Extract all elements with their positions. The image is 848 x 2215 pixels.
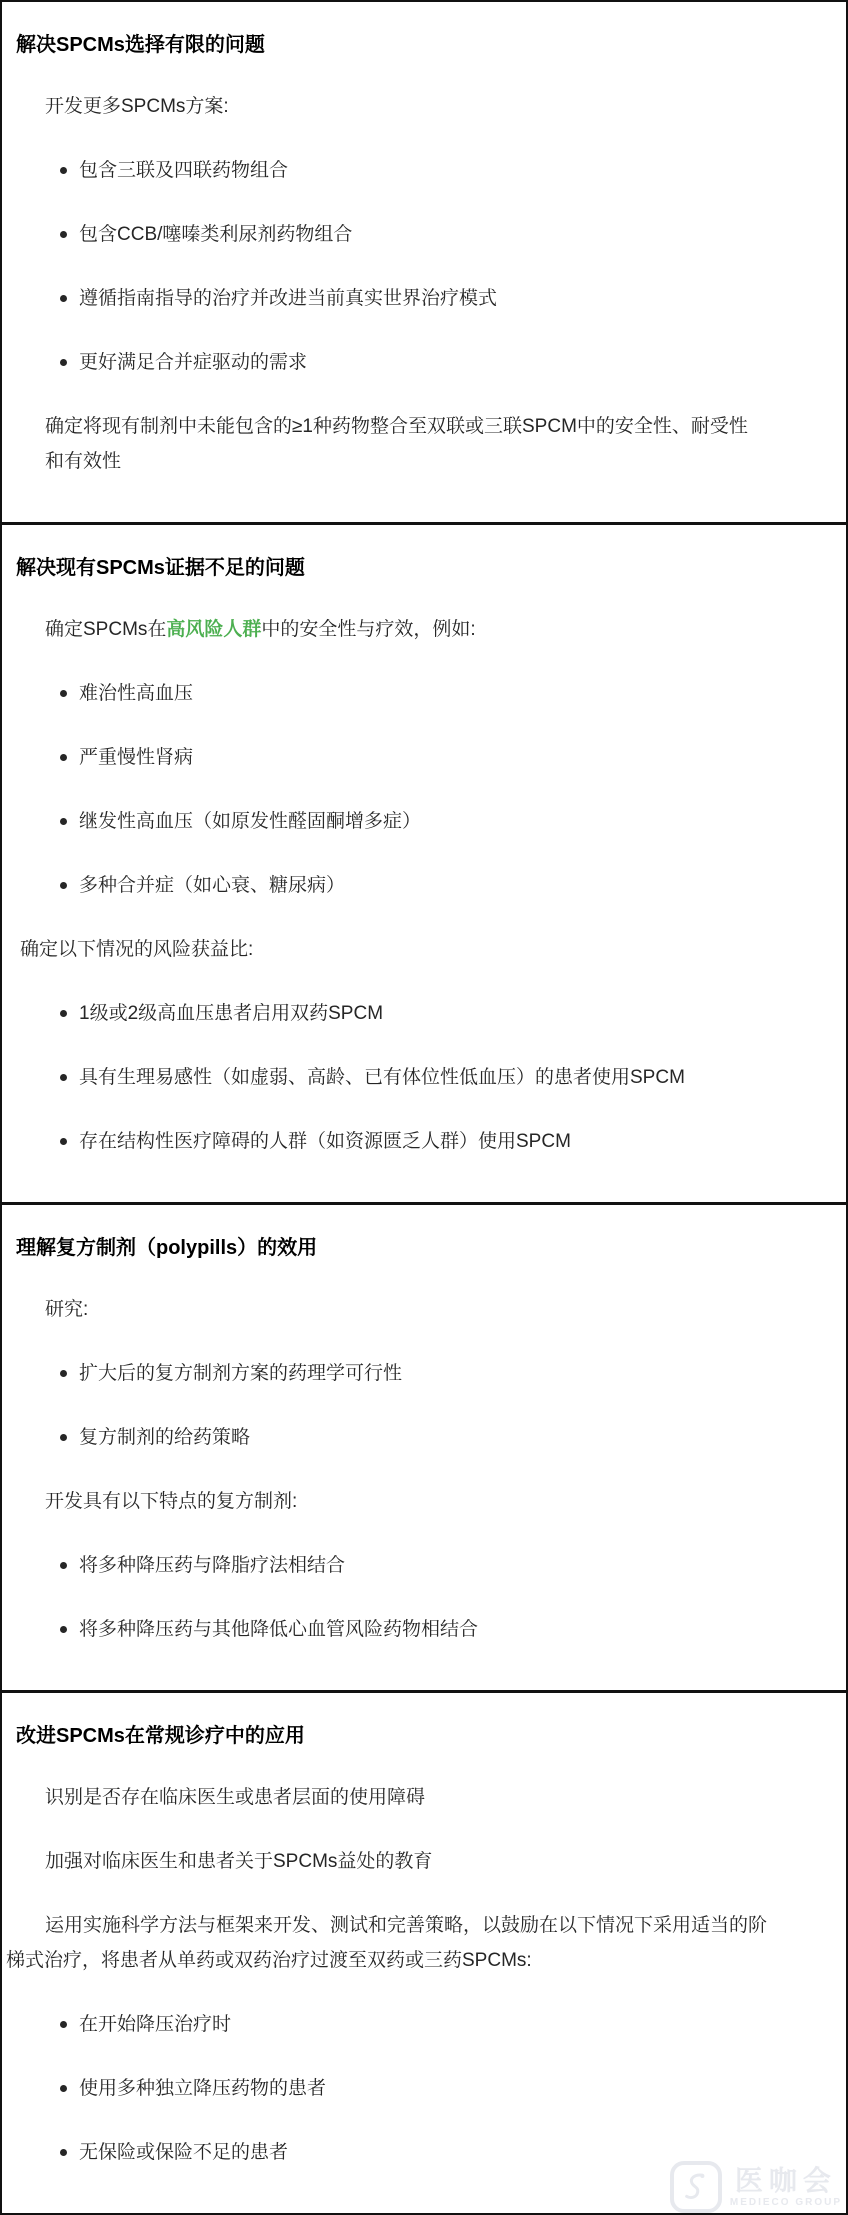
paragraph: 确定将现有制剂中未能包含的≥1种药物整合至双联或三联SPCM中的安全性、耐受性 … bbox=[45, 409, 832, 479]
paragraph: 确定以下情况的风险获益比: bbox=[20, 932, 832, 967]
paragraph: 开发具有以下特点的复方制剂: bbox=[45, 1484, 832, 1519]
highlight-text: 高风险人群 bbox=[166, 619, 261, 640]
bullet-item: 将多种降压药与降脂疗法相结合 bbox=[16, 1548, 832, 1583]
bullet-item: 复方制剂的给药策略 bbox=[16, 1420, 832, 1455]
bullet-item: 使用多种独立降压药物的患者 bbox=[16, 2071, 832, 2106]
section-1: 解决SPCMs选择有限的问题开发更多SPCMs方案:包含三联及四联药物组合包含C… bbox=[2, 2, 846, 522]
bullet-item: 难治性高血压 bbox=[16, 676, 832, 711]
bullet-item: 将多种降压药与其他降低心血管风险药物相结合 bbox=[16, 1612, 832, 1647]
section-title: 改进SPCMs在常规诊疗中的应用 bbox=[16, 1721, 832, 1751]
bullet-list: 难治性高血压严重慢性肾病继发性高血压（如原发性醛固酮增多症）多种合并症（如心衰、… bbox=[16, 676, 832, 903]
bullet-item: 更好满足合并症驱动的需求 bbox=[16, 345, 832, 380]
section-title: 解决现有SPCMs证据不足的问题 bbox=[16, 553, 832, 583]
paragraph: 研究: bbox=[45, 1292, 832, 1327]
section-2: 解决现有SPCMs证据不足的问题确定SPCMs在高风险人群中的安全性与疗效，例如… bbox=[2, 522, 846, 1202]
bullet-list: 1级或2级高血压患者启用双药SPCM具有生理易感性（如虚弱、高龄、已有体位性低血… bbox=[16, 996, 832, 1159]
bullet-list: 扩大后的复方制剂方案的药理学可行性复方制剂的给药策略 bbox=[16, 1356, 832, 1455]
paragraph: 识别是否存在临床医生或患者层面的使用障碍 bbox=[45, 1780, 832, 1815]
bullet-item: 严重慢性肾病 bbox=[16, 740, 832, 775]
section-3: 理解复方制剂（polypills）的效用研究:扩大后的复方制剂方案的药理学可行性… bbox=[2, 1202, 846, 1690]
text-run: 确定SPCMs在 bbox=[45, 619, 166, 640]
section-4: 改进SPCMs在常规诊疗中的应用识别是否存在临床医生或患者层面的使用障碍加强对临… bbox=[2, 1690, 846, 2213]
sections: 解决SPCMs选择有限的问题开发更多SPCMs方案:包含三联及四联药物组合包含C… bbox=[2, 2, 846, 2213]
text-run: 中的安全性与疗效，例如: bbox=[261, 619, 475, 640]
bullet-item: 扩大后的复方制剂方案的药理学可行性 bbox=[16, 1356, 832, 1391]
bullet-item: 在开始降压治疗时 bbox=[16, 2007, 832, 2042]
bullet-list: 在开始降压治疗时使用多种独立降压药物的患者无保险或保险不足的患者 bbox=[16, 2007, 832, 2170]
bullet-item: 多种合并症（如心衰、糖尿病） bbox=[16, 868, 832, 903]
bullet-item: 包含CCB/噻嗪类利尿剂药物组合 bbox=[16, 217, 832, 252]
bullet-item: 无保险或保险不足的患者 bbox=[16, 2135, 832, 2170]
paragraph: 开发更多SPCMs方案: bbox=[45, 89, 832, 124]
bullet-item: 具有生理易感性（如虚弱、高龄、已有体位性低血压）的患者使用SPCM bbox=[16, 1060, 832, 1095]
bullet-item: 遵循指南指导的治疗并改进当前真实世界治疗模式 bbox=[16, 281, 832, 316]
bullet-item: 1级或2级高血压患者启用双药SPCM bbox=[16, 996, 832, 1031]
section-title: 解决SPCMs选择有限的问题 bbox=[16, 30, 832, 60]
paragraph: 运用实施科学方法与框架来开发、测试和完善策略，以鼓励在以下情况下采用适当的阶 梯… bbox=[6, 1908, 832, 1978]
page-container: 解决SPCMs选择有限的问题开发更多SPCMs方案:包含三联及四联药物组合包含C… bbox=[0, 0, 848, 2215]
section-title: 理解复方制剂（polypills）的效用 bbox=[16, 1233, 832, 1263]
bullet-list: 将多种降压药与降脂疗法相结合将多种降压药与其他降低心血管风险药物相结合 bbox=[16, 1548, 832, 1647]
paragraph: 确定SPCMs在高风险人群中的安全性与疗效，例如: bbox=[45, 612, 832, 647]
bullet-item: 包含三联及四联药物组合 bbox=[16, 153, 832, 188]
bullet-list: 包含三联及四联药物组合包含CCB/噻嗪类利尿剂药物组合遵循指南指导的治疗并改进当… bbox=[16, 153, 832, 380]
bullet-item: 继发性高血压（如原发性醛固酮增多症） bbox=[16, 804, 832, 839]
paragraph: 加强对临床医生和患者关于SPCMs益处的教育 bbox=[45, 1844, 832, 1879]
bullet-item: 存在结构性医疗障碍的人群（如资源匮乏人群）使用SPCM bbox=[16, 1124, 832, 1159]
